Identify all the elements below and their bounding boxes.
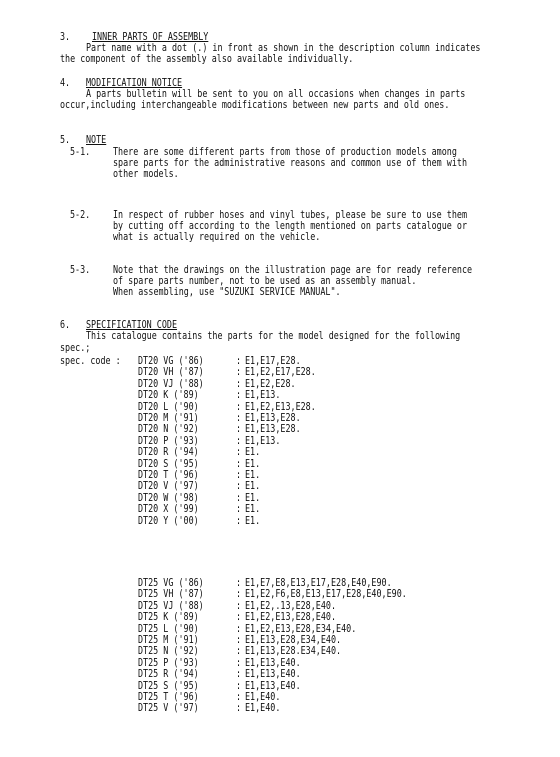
document-page: 3. INNER PARTS OF ASSEMBLY Part name wit… <box>0 0 560 757</box>
spec-model: DT20 N ('92) <box>138 424 199 435</box>
spec-separator: : <box>236 504 241 515</box>
spec-codes: E1. <box>245 481 260 492</box>
spec-separator: : <box>236 367 241 378</box>
spec-model: DT20 P ('93) <box>138 436 199 447</box>
note-number: 5-1. <box>70 147 90 158</box>
spec-separator: : <box>236 424 241 435</box>
spec-codes: E1,E2,E28. <box>245 379 296 390</box>
section-3-number: 3. <box>60 32 70 43</box>
spec-separator: : <box>236 589 241 600</box>
spec-codes: E1,E40. <box>245 703 280 714</box>
spec-codes: E1,E13,E40. <box>245 681 301 692</box>
section-4-body-line: occur,including interchangeable modifica… <box>60 100 449 111</box>
spec-separator: : <box>236 481 241 492</box>
spec-model: DT20 VH ('87) <box>138 367 204 378</box>
spec-model: DT25 N ('92) <box>138 646 199 657</box>
spec-codes: E1,E13,E40. <box>245 669 301 680</box>
spec-codes: E1,E17,E28. <box>245 356 301 367</box>
spec-separator: : <box>236 413 241 424</box>
spec-separator: : <box>236 703 241 714</box>
spec-separator: : <box>236 692 241 703</box>
spec-codes: E1,E13,E28. <box>245 413 301 424</box>
spec-model: DT20 R ('94) <box>138 447 199 458</box>
spec-codes: E1,E2,F6,E8,E13,E17,E28,E40,E90. <box>245 589 407 600</box>
spec-model: DT25 VH ('87) <box>138 589 204 600</box>
spec-separator: : <box>236 390 241 401</box>
spec-model: DT25 R ('94) <box>138 669 199 680</box>
spec-separator: : <box>236 646 241 657</box>
spec-model: DT20 Y ('00) <box>138 516 199 527</box>
spec-model: DT25 VJ ('88) <box>138 601 204 612</box>
spec-model: DT20 V ('97) <box>138 481 199 492</box>
spec-code-label: spec. code : <box>60 356 121 367</box>
spec-model: DT25 L ('90) <box>138 624 199 635</box>
spec-codes: E1,E40. <box>245 692 280 703</box>
spec-codes: E1,E13,E40. <box>245 658 301 669</box>
spec-codes: E1. <box>245 493 260 504</box>
spec-separator: : <box>236 635 241 646</box>
spec-codes: E1,E2,E13,E28,E34,E40. <box>245 624 356 635</box>
spec-separator: : <box>236 436 241 447</box>
spec-separator: : <box>236 379 241 390</box>
spec-separator: : <box>236 601 241 612</box>
spec-model: DT20 X ('99) <box>138 504 199 515</box>
spec-model: DT20 K ('89) <box>138 390 199 401</box>
spec-model: DT25 T ('96) <box>138 692 199 703</box>
spec-codes: E1. <box>245 447 260 458</box>
spec-separator: : <box>236 516 241 527</box>
section-6-body-line: This catalogue contains the parts for th… <box>86 331 460 342</box>
spec-codes: E1,E13. <box>245 390 280 401</box>
spec-codes: E1,E13,E28.E34,E40. <box>245 646 341 657</box>
spec-separator: : <box>236 356 241 367</box>
spec-codes: E1. <box>245 504 260 515</box>
spec-codes: E1,E7,E8,E13,E17,E28,E40,E90. <box>245 578 392 589</box>
spec-separator: : <box>236 681 241 692</box>
spec-separator: : <box>236 459 241 470</box>
note-line: other models. <box>113 169 179 180</box>
spec-codes: E1,E2,E13,E28,E40. <box>245 612 336 623</box>
section-3-body-line: the component of the assembly also avail… <box>60 54 353 65</box>
section-5-title: NOTE <box>86 135 106 146</box>
spec-codes: E1,E13,E28,E34,E40. <box>245 635 341 646</box>
section-4-number: 4. <box>60 78 70 89</box>
spec-codes: E1. <box>245 470 260 481</box>
spec-separator: : <box>236 658 241 669</box>
spec-model: DT20 VG ('86) <box>138 356 204 367</box>
spec-model: DT20 M ('91) <box>138 413 199 424</box>
spec-separator: : <box>236 493 241 504</box>
note-number: 5-2. <box>70 210 90 221</box>
spec-codes: E1,E2,.13,E28,E40. <box>245 601 336 612</box>
spec-separator: : <box>236 578 241 589</box>
note-line: When assembling, use "SUZUKI SERVICE MAN… <box>113 287 341 298</box>
spec-codes: E1,E13. <box>245 436 280 447</box>
section-6-number: 6. <box>60 320 70 331</box>
spec-codes: E1,E13,E28. <box>245 424 301 435</box>
section-5-number: 5. <box>60 135 70 146</box>
spec-model: DT25 S ('95) <box>138 681 199 692</box>
spec-model: DT25 P ('93) <box>138 658 199 669</box>
section-6-body-line: spec.; <box>60 343 90 354</box>
spec-model: DT20 W ('98) <box>138 493 199 504</box>
spec-separator: : <box>236 402 241 413</box>
spec-model: DT20 T ('96) <box>138 470 199 481</box>
spec-model: DT25 VG ('86) <box>138 578 204 589</box>
spec-model: DT20 VJ ('88) <box>138 379 204 390</box>
spec-model: DT25 V ('97) <box>138 703 199 714</box>
spec-separator: : <box>236 612 241 623</box>
note-number: 5-3. <box>70 265 90 276</box>
spec-codes: E1,E2,E13,E28. <box>245 402 316 413</box>
spec-codes: E1,E2,E17,E28. <box>245 367 316 378</box>
spec-separator: : <box>236 669 241 680</box>
note-line: what is actually required on the vehicle… <box>113 232 320 243</box>
spec-model: DT20 L ('90) <box>138 402 199 413</box>
spec-model: DT20 S ('95) <box>138 459 199 470</box>
spec-model: DT25 K ('89) <box>138 612 199 623</box>
spec-codes: E1. <box>245 459 260 470</box>
spec-separator: : <box>236 447 241 458</box>
spec-separator: : <box>236 624 241 635</box>
spec-codes: E1. <box>245 516 260 527</box>
spec-separator: : <box>236 470 241 481</box>
spec-model: DT25 M ('91) <box>138 635 199 646</box>
